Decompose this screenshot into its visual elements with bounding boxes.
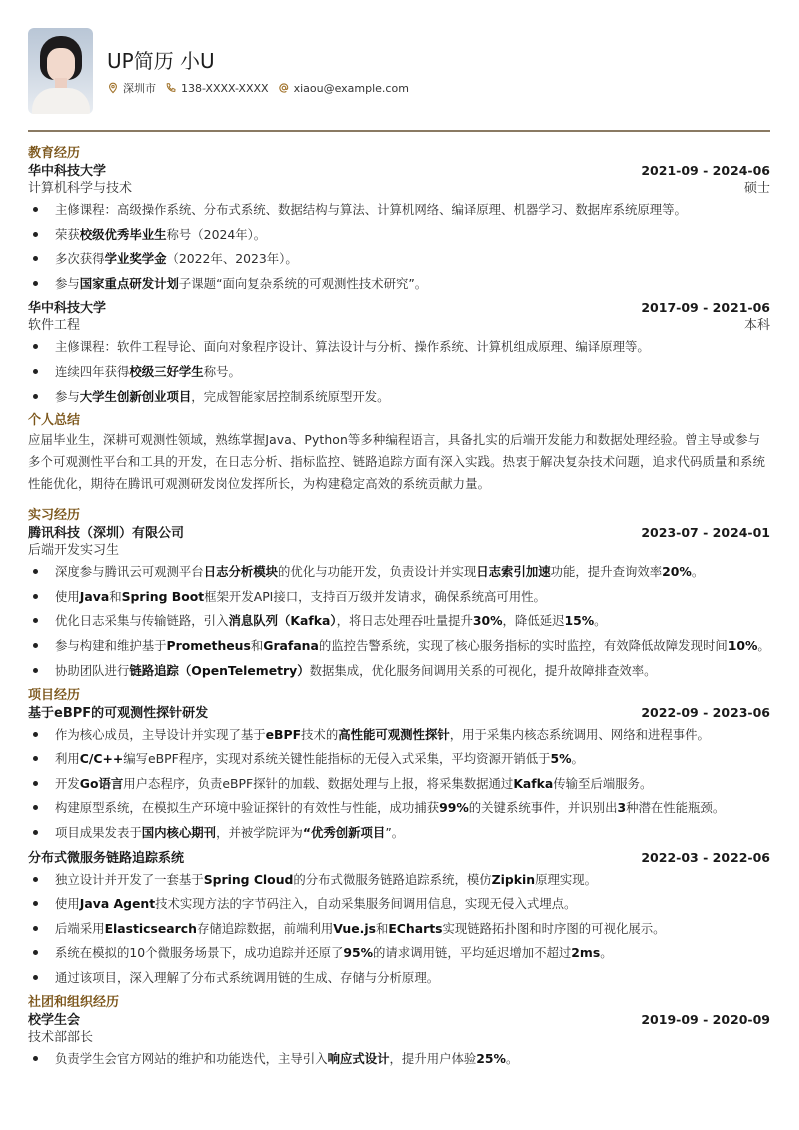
location-pin-icon — [107, 82, 119, 94]
header-info: UP简历 小U 深圳市 138-XXXX-XXXX xiaou@example.… — [107, 46, 418, 96]
bullet-list: 作为核心成员，主导设计并实现了基于eBPF技术的高性能可观测性探针，用于采集内核… — [28, 726, 770, 841]
bullet-item: 参与构建和维护基于Prometheus和Grafana的监控告警系统，实现了核心… — [28, 637, 770, 654]
date-range: 2023-07 - 2024-01 — [641, 524, 770, 541]
contact-location: 深圳市 — [107, 80, 156, 96]
project-entry: 基于eBPF的可观测性探针研发 2022-09 - 2023-06 作为核心成员… — [28, 704, 770, 841]
section-internship: 实习经历 腾讯科技（深圳）有限公司 2023-07 - 2024-01 后端开发… — [28, 507, 770, 678]
education-entry: 华中科技大学 2017-09 - 2021-06 软件工程 本科 主修课程：软件… — [28, 299, 770, 404]
major: 软件工程 — [28, 317, 80, 334]
role: 技术部部长 — [28, 1029, 93, 1046]
school-name: 华中科技大学 — [28, 163, 106, 180]
contact-location-text: 深圳市 — [123, 80, 156, 96]
education-entry: 华中科技大学 2021-09 - 2024-06 计算机科学与技术 硕士 主修课… — [28, 162, 770, 292]
bullet-item: 通过该项目，深入理解了分布式系统调用链的生成、存储与分析原理。 — [28, 969, 770, 986]
bullet-list: 主修课程：高级操作系统、分布式系统、数据结构与算法、计算机网络、编译原理、机器学… — [28, 201, 770, 292]
school-name: 华中科技大学 — [28, 300, 106, 317]
project-name: 基于eBPF的可观测性探针研发 — [28, 705, 208, 722]
bullet-list: 独立设计并开发了一套基于Spring Cloud的分布式微服务链路追踪系统，模仿… — [28, 871, 770, 986]
contact-phone: 138-XXXX-XXXX — [165, 82, 269, 95]
section-title: 项目经历 — [28, 687, 770, 704]
date-range: 2022-09 - 2023-06 — [641, 704, 770, 721]
date-range: 2021-09 - 2024-06 — [641, 162, 770, 179]
organization-name: 校学生会 — [28, 1012, 80, 1029]
avatar — [28, 28, 93, 114]
bullet-item: 利用C/C++编写eBPF程序，实现对系统关键性能指标的无侵入式采集，平均资源开… — [28, 750, 770, 767]
candidate-name: UP简历 小U — [107, 48, 418, 74]
bullet-item: 独立设计并开发了一套基于Spring Cloud的分布式微服务链路追踪系统，模仿… — [28, 871, 770, 888]
degree: 本科 — [744, 317, 770, 334]
section-organizations: 社团和组织经历 校学生会 2019-09 - 2020-09 技术部部长 负责学… — [28, 994, 770, 1067]
section-summary: 个人总结 应届毕业生，深耕可观测性领域，熟练掌握Java、Python等多种编程… — [28, 412, 770, 495]
bullet-item: 主修课程：软件工程导论、面向对象程序设计、算法设计与分析、操作系统、计算机组成原… — [28, 338, 770, 355]
bullet-item: 多次获得学业奖学金（2022年、2023年）。 — [28, 250, 770, 267]
internship-entry: 腾讯科技（深圳）有限公司 2023-07 - 2024-01 后端开发实习生 深… — [28, 524, 770, 678]
at-sign-icon — [278, 82, 290, 94]
header-divider — [28, 130, 770, 132]
section-projects: 项目经历 基于eBPF的可观测性探针研发 2022-09 - 2023-06 作… — [28, 687, 770, 986]
organization-entry: 校学生会 2019-09 - 2020-09 技术部部长 负责学生会官方网站的维… — [28, 1011, 770, 1067]
bullet-item: 使用Java和Spring Boot框架开发API接口，支持百万级并发请求，确保… — [28, 588, 770, 605]
project-entry: 分布式微服务链路追踪系统 2022-03 - 2022-06 独立设计并开发了一… — [28, 849, 770, 986]
section-title: 社团和组织经历 — [28, 994, 770, 1011]
bullet-item: 参与大学生创新创业项目，完成智能家居控制系统原型开发。 — [28, 388, 770, 405]
bullet-list: 深度参与腾讯云可观测平台日志分析模块的优化与功能开发，负责设计并实现日志索引加速… — [28, 563, 770, 678]
contact-email[interactable]: xiaou@example.com — [278, 82, 409, 95]
section-title: 个人总结 — [28, 412, 770, 429]
project-name: 分布式微服务链路追踪系统 — [28, 850, 184, 867]
bullet-item: 开发Go语言用户态程序，负责eBPF探针的加载、数据处理与上报，将采集数据通过K… — [28, 775, 770, 792]
summary-text: 应届毕业生，深耕可观测性领域，熟练掌握Java、Python等多种编程语言，具备… — [28, 429, 770, 495]
section-title: 教育经历 — [28, 145, 770, 162]
bullet-item: 连续四年获得校级三好学生称号。 — [28, 363, 770, 380]
bullet-item: 系统在模拟的10个微服务场景下，成功追踪并还原了95%的请求调用链，平均延迟增加… — [28, 944, 770, 961]
section-education: 教育经历 华中科技大学 2021-09 - 2024-06 计算机科学与技术 硕… — [28, 145, 770, 405]
bullet-item: 构建原型系统，在模拟生产环境中验证探针的有效性与性能，成功捕获99%的关键系统事… — [28, 799, 770, 816]
bullet-item: 荣获校级优秀毕业生称号（2024年）。 — [28, 226, 770, 243]
bullet-item: 优化日志采集与传输链路，引入消息队列（Kafka），将日志处理吞吐量提升30%，… — [28, 612, 770, 629]
bullet-item: 参与国家重点研发计划子课题“面向复杂系统的可观测性技术研究”。 — [28, 275, 770, 292]
bullet-list: 负责学生会官方网站的维护和功能迭代，主导引入响应式设计，提升用户体验25%。 — [28, 1050, 770, 1067]
bullet-item: 主修课程：高级操作系统、分布式系统、数据结构与算法、计算机网络、编译原理、机器学… — [28, 201, 770, 218]
bullet-item: 负责学生会官方网站的维护和功能迭代，主导引入响应式设计，提升用户体验25%。 — [28, 1050, 770, 1067]
date-range: 2017-09 - 2021-06 — [641, 299, 770, 316]
company-name: 腾讯科技（深圳）有限公司 — [28, 525, 184, 542]
date-range: 2022-03 - 2022-06 — [641, 849, 770, 866]
contact-list: 深圳市 138-XXXX-XXXX xiaou@example.com — [107, 80, 418, 96]
bullet-item: 后端采用Elasticsearch存储追踪数据，前端利用Vue.js和EChar… — [28, 920, 770, 937]
bullet-item: 深度参与腾讯云可观测平台日志分析模块的优化与功能开发，负责设计并实现日志索引加速… — [28, 563, 770, 580]
contact-email-text[interactable]: xiaou@example.com — [294, 82, 409, 95]
section-title: 实习经历 — [28, 507, 770, 524]
date-range: 2019-09 - 2020-09 — [641, 1011, 770, 1028]
bullet-item: 协助团队进行链路追踪（OpenTelemetry）数据集成，优化服务间调用关系的… — [28, 662, 770, 679]
degree: 硕士 — [744, 180, 770, 197]
bullet-item: 作为核心成员，主导设计并实现了基于eBPF技术的高性能可观测性探针，用于采集内核… — [28, 726, 770, 743]
resume-header: UP简历 小U 深圳市 138-XXXX-XXXX xiaou@example.… — [28, 28, 418, 114]
phone-icon — [165, 82, 177, 94]
major: 计算机科学与技术 — [28, 180, 132, 197]
resume-body: 教育经历 华中科技大学 2021-09 - 2024-06 计算机科学与技术 硕… — [28, 145, 770, 1074]
bullet-list: 主修课程：软件工程导论、面向对象程序设计、算法设计与分析、操作系统、计算机组成原… — [28, 338, 770, 404]
bullet-item: 项目成果发表于国内核心期刊，并被学院评为“优秀创新项目”。 — [28, 824, 770, 841]
contact-phone-text: 138-XXXX-XXXX — [181, 82, 269, 95]
bullet-item: 使用Java Agent技术实现方法的字节码注入，自动采集服务间调用信息，实现无… — [28, 895, 770, 912]
role: 后端开发实习生 — [28, 542, 119, 559]
